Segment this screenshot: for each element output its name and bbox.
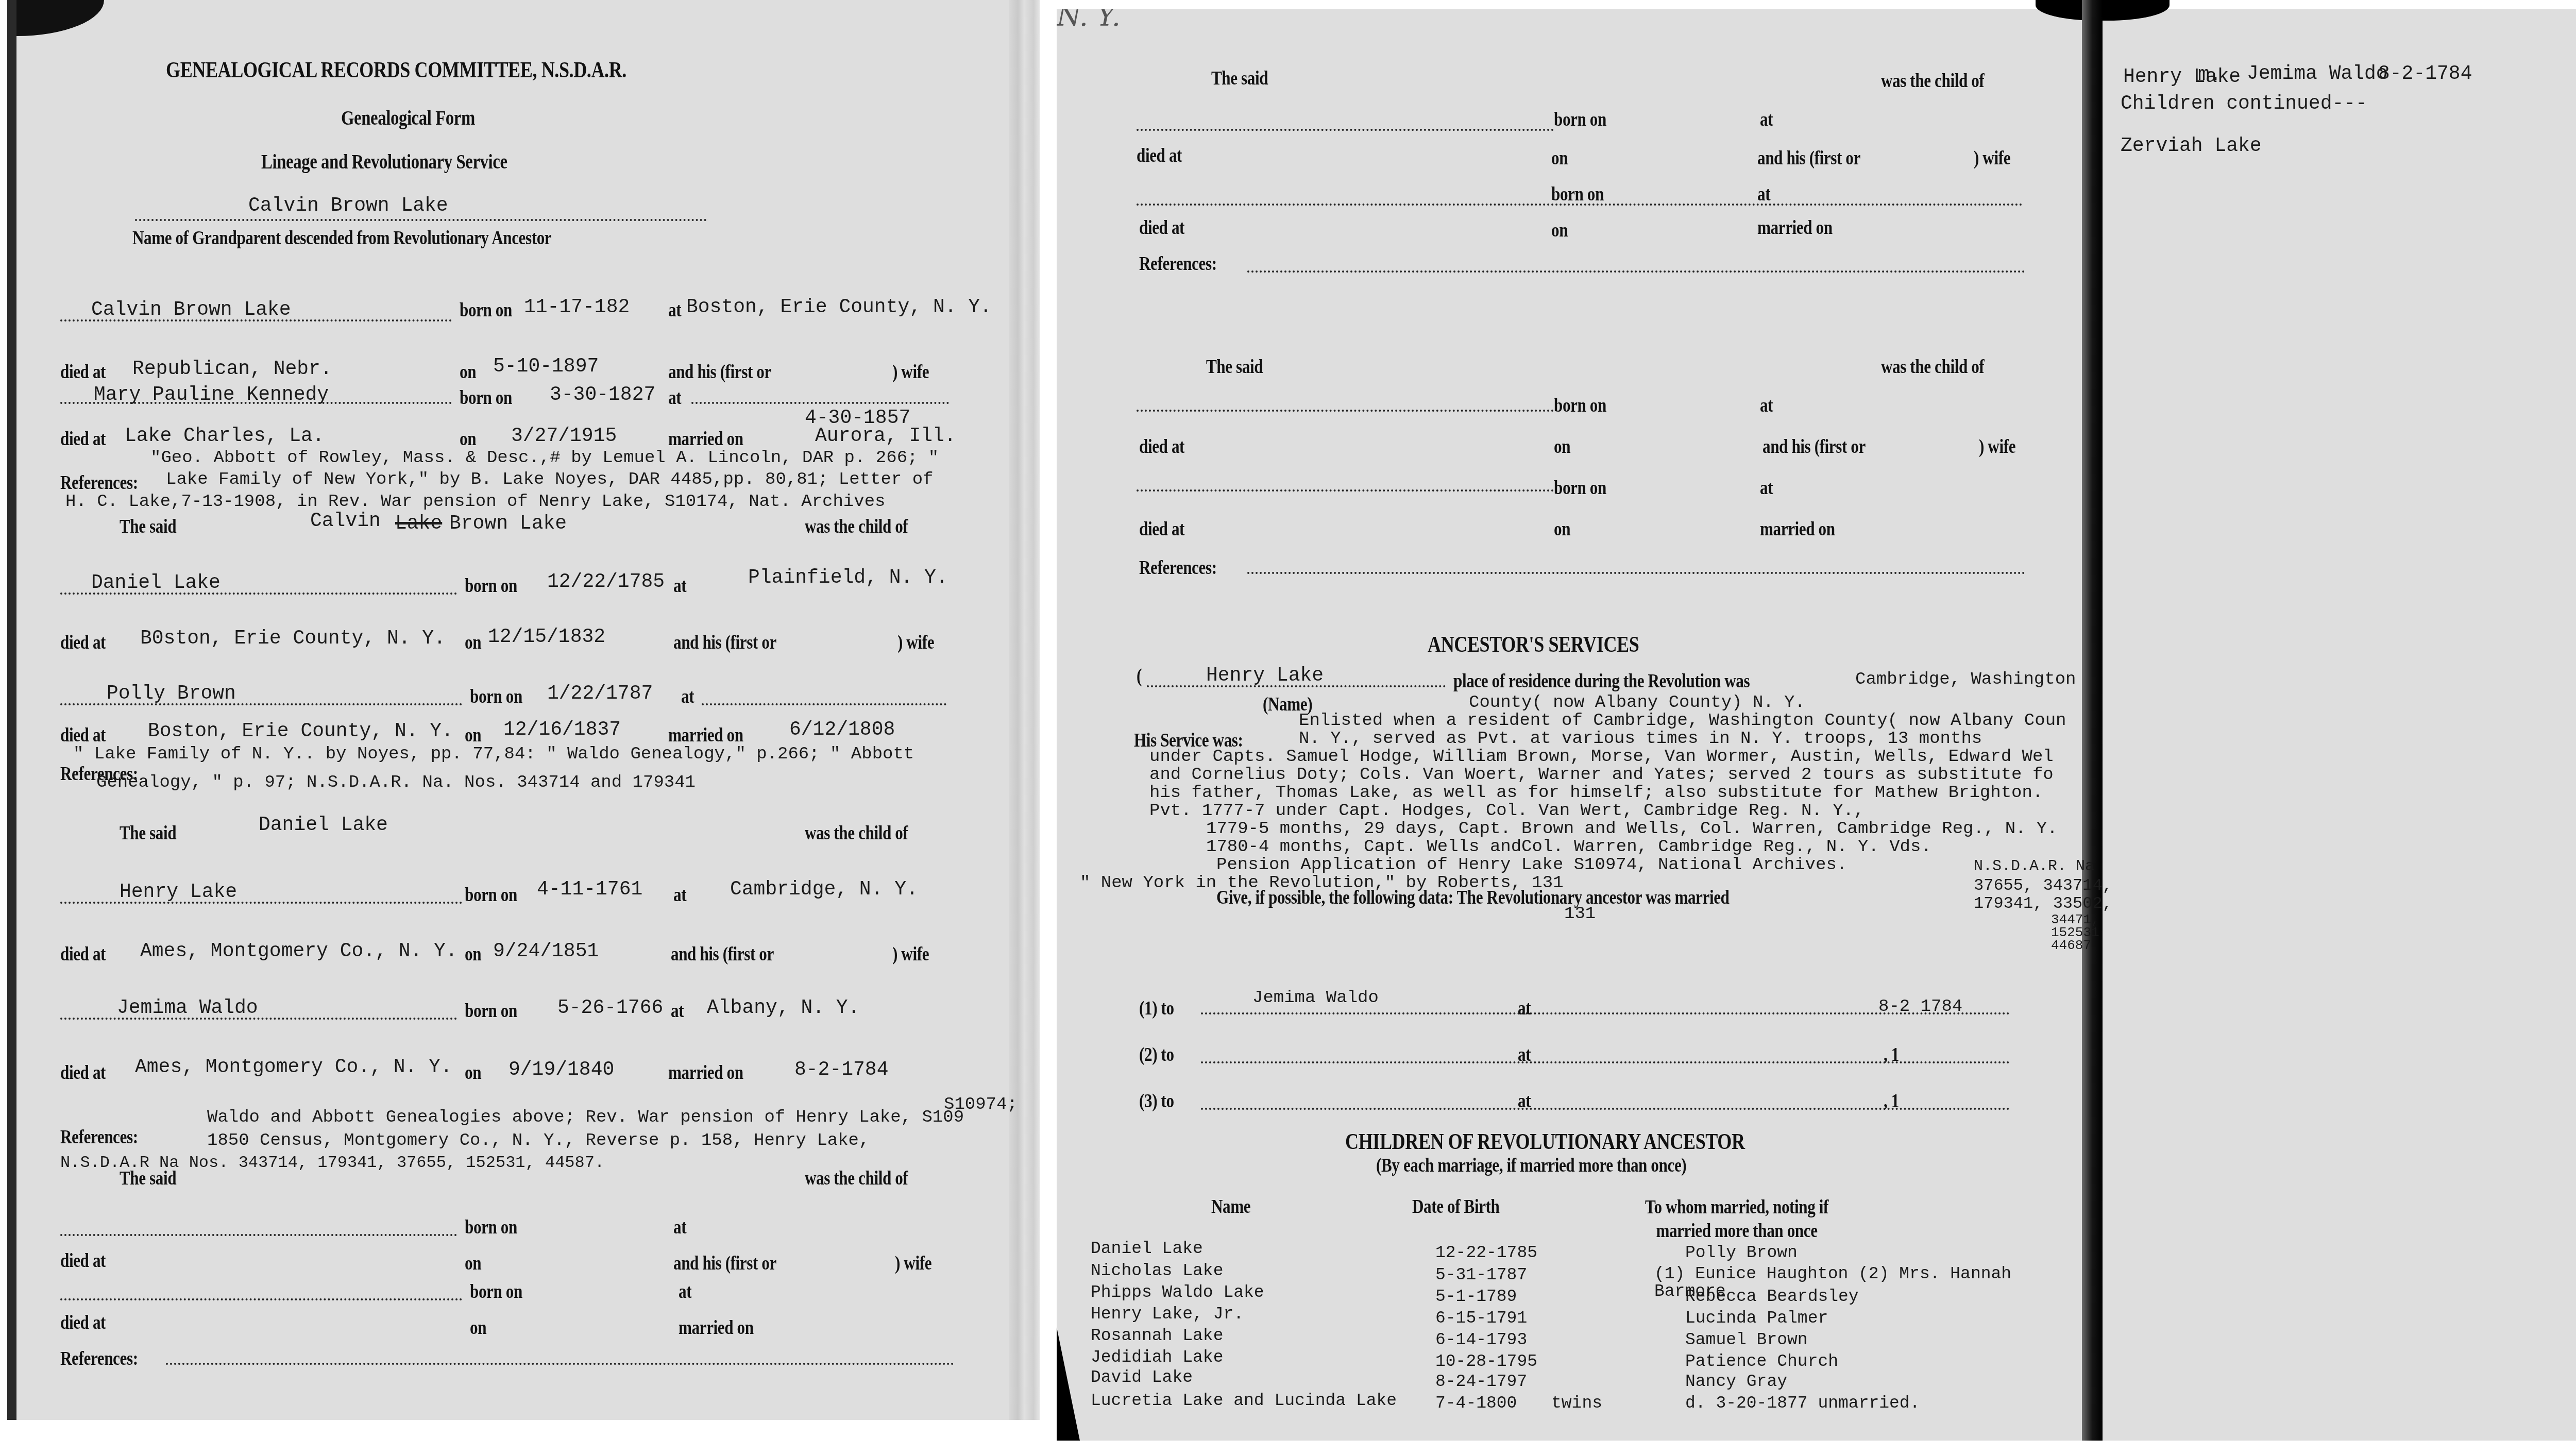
mother-name: Polly Brown: [107, 683, 236, 705]
father-born-on: 12/22/1785: [547, 571, 665, 593]
marriage-at: at: [1518, 1090, 1531, 1112]
label-married-on: married on: [1760, 518, 1835, 540]
grandparent-label: Name of Grandparent descended from Revol…: [132, 227, 551, 249]
label-references: References:: [60, 1347, 138, 1370]
child-dob: 6-14-1793: [1435, 1330, 1527, 1349]
child-dob: 5-31-1787: [1435, 1265, 1527, 1284]
references-line: Genealogy, " p. 97; N.S.D.A.R. Na. Nos. …: [96, 773, 696, 792]
said-name-struck: Lake: [395, 513, 442, 535]
child-name: Henry Lake, Jr.: [1091, 1305, 1244, 1324]
wife-died-at: Lake Charles, La.: [125, 425, 325, 447]
service-line: 1780-4 months, Capt. Wells andCol. Warre…: [1206, 837, 1931, 857]
references-line: "Geo. Abbott of Rowley, Mass. & Desc.,# …: [150, 448, 939, 468]
references-line: Waldo and Abbott Genealogies above; Rev.…: [207, 1108, 964, 1127]
references-line: Lake Family of New York," by B. Lake Noy…: [166, 470, 933, 489]
service-line: and Cornelius Doty; Cols. Van Woert, War…: [1149, 765, 2054, 785]
child-name: Rosannah Lake: [1091, 1326, 1223, 1345]
label-married-on: married on: [668, 724, 743, 747]
label-died-at: died at: [60, 631, 106, 654]
dotted-line: [60, 402, 452, 404]
marriage-spouse: Jemima Waldo: [1252, 988, 1379, 1008]
wife-name: Jemima Waldo: [2247, 63, 2388, 85]
person-died-on: 5-10-1897: [493, 356, 599, 378]
person-died-at: Republican, Nebr.: [132, 358, 332, 380]
child-name: David Lake: [1091, 1368, 1193, 1387]
father-name: Daniel Lake: [91, 572, 221, 594]
child-spouse: Nancy Gray: [1685, 1372, 1787, 1391]
label-born-on: born on: [1554, 477, 1606, 499]
child-name: Zerviah Lake: [2121, 135, 2262, 157]
father-name: Henry Lake: [120, 881, 237, 903]
residence-value: Cambridge, Washington: [1855, 670, 2076, 689]
marriage-num: (2) to: [1139, 1043, 1174, 1066]
child-name: Nicholas Lake: [1091, 1261, 1223, 1280]
label-died-at: died at: [1137, 144, 1182, 167]
label-died-at: died at: [60, 1311, 106, 1334]
married-on: 8-2-1784: [794, 1059, 888, 1081]
child-name: Jedidiah Lake: [1091, 1348, 1223, 1367]
father-died-at: B0ston, Erie County, N. Y.: [140, 628, 446, 650]
dotted-line: [60, 319, 452, 322]
label-died-at: died at: [60, 428, 106, 450]
marriage-date: 8-2-1784: [2378, 63, 2472, 85]
label-married-on: married on: [1757, 216, 1833, 239]
dotted-line: [60, 902, 462, 904]
label-at: at: [1760, 477, 1773, 499]
label-born-on: born on: [460, 386, 512, 409]
label-died-at: died at: [1139, 518, 1184, 540]
label-died-at: died at: [60, 724, 106, 747]
label-born-on: born on: [465, 1000, 517, 1022]
label-born-on: born on: [460, 299, 512, 322]
label-born-on: born on: [470, 685, 522, 708]
married-on: Aurora, Ill.: [815, 425, 956, 447]
label-and-his: and his (first or: [1762, 435, 1866, 458]
residence-cont: County( now Albany County) N. Y.: [1469, 693, 1805, 713]
label-died-at: died at: [1139, 435, 1184, 458]
label-wife: ) wife: [892, 361, 929, 383]
said-name-first: Calvin: [310, 510, 381, 532]
dotted-line: [60, 1234, 457, 1236]
mother-name: Jemima Waldo: [117, 997, 258, 1019]
dotted-line: [60, 703, 462, 705]
label-married-on: married on: [668, 1061, 743, 1084]
label-at: at: [1760, 394, 1773, 417]
dotted-line: [1137, 489, 1554, 492]
mother-born-at: Albany, N. Y.: [707, 997, 859, 1019]
references-line: H. C. Lake,7-13-1908, in Rev. War pensio…: [65, 492, 885, 512]
dotted-line: [1137, 410, 1554, 412]
grandparent-name: Calvin Brown Lake: [248, 195, 448, 217]
label-the-said: The said: [1206, 356, 1263, 378]
service-line: 1779-5 months, 29 days, Capt. Brown and …: [1206, 819, 2058, 839]
label-on: on: [465, 631, 481, 654]
marriage-date: , 1: [1884, 1090, 1899, 1112]
child-dob: 12-22-1785: [1435, 1243, 1537, 1262]
children-subheading: (By each marriage, if married more than …: [1376, 1154, 1686, 1177]
child-note: twins: [1551, 1394, 1602, 1413]
label-the-said: The said: [120, 515, 176, 538]
label-on: on: [1551, 219, 1568, 242]
mother-died-on: 12/16/1837: [503, 719, 621, 741]
husband-name: Henry Lake: [2123, 66, 2241, 88]
label-the-said: The said: [120, 822, 176, 844]
service-line: under Capts. Samuel Hodge, William Brown…: [1149, 747, 2054, 767]
nsdar-number: 179341, 33502,: [1974, 894, 2112, 913]
label-on: on: [1554, 435, 1570, 458]
dotted-line: [1247, 270, 2025, 273]
label-at: at: [673, 574, 686, 597]
label-wife: ) wife: [1979, 435, 2015, 458]
mother-born-on: 1/22/1787: [547, 683, 653, 705]
dotted-line: [1137, 204, 2023, 206]
child-spouse: d. 3-20-1877 unmarried.: [1685, 1394, 1920, 1413]
child-spouse: Lucinda Palmer: [1685, 1309, 1828, 1328]
page-ref: 131: [1564, 904, 1596, 924]
label-born-on: born on: [1551, 183, 1604, 206]
mother-died-at: Ames, Montgomery Co., N. Y.: [135, 1056, 452, 1078]
father-died-on: 9/24/1851: [493, 940, 599, 962]
references-line: 1850 Census, Montgomery Co., N. Y., Reve…: [207, 1131, 869, 1151]
person-born-at: Boston, Erie County, N. Y.: [686, 296, 992, 318]
form-title: Genealogical Form: [341, 106, 475, 130]
father-died-on: 12/15/1832: [488, 626, 605, 648]
married-on: 6/12/1808: [789, 719, 895, 741]
child-spouse: Samuel Brown: [1685, 1330, 1808, 1349]
label-at: at: [668, 299, 681, 322]
label-was-child-of: was the child of: [805, 515, 908, 538]
children-heading: CHILDREN OF REVOLUTIONARY ANCESTOR: [1345, 1128, 1745, 1155]
label-references: References:: [1139, 556, 1217, 579]
label-died-at: died at: [60, 1061, 106, 1084]
label-died-at: died at: [1139, 216, 1184, 239]
label-and-his: and his (first or: [671, 943, 774, 966]
ancestor-name: Henry Lake: [1206, 665, 1324, 687]
open-paren: (: [1137, 665, 1142, 687]
person-born-on: 11-17-182: [524, 296, 630, 318]
service-line: Pvt. 1777-7 under Capt. Hodges, Col. Van…: [1149, 801, 1864, 821]
dotted-line: [1137, 129, 1554, 131]
child-spouse: Patience Church: [1685, 1352, 1838, 1371]
marriage-num: (3) to: [1139, 1090, 1174, 1112]
label-was-child-of: was the child of: [805, 822, 908, 844]
service-line: N. Y., served as Pvt. at various times i…: [1299, 729, 1982, 749]
page-edge: [1009, 0, 1040, 1420]
label-and-his: and his (first or: [668, 361, 771, 383]
child-dob: 5-1-1789: [1435, 1287, 1517, 1306]
label-was-child-of: was the child of: [1881, 70, 1984, 92]
marriage-at: at: [1518, 1043, 1531, 1066]
marriage-instruction: Give, if possible, the following data: T…: [1216, 886, 1730, 909]
father-born-on: 4-11-1761: [537, 878, 642, 901]
label-and-his: and his (first or: [673, 1252, 776, 1275]
dotted-line: [1147, 685, 1446, 687]
form-subtitle: Lineage and Revolutionary Service: [261, 149, 507, 174]
label-at: at: [673, 1216, 686, 1239]
label-on: on: [460, 361, 476, 383]
said-name: Daniel Lake: [259, 814, 388, 836]
wife-born-on: 3-30-1827: [550, 384, 655, 406]
said-name-rest: Brown Lake: [449, 513, 567, 535]
label-references: References:: [60, 1126, 138, 1148]
label-was-child-of: was the child of: [1881, 356, 1984, 378]
marriage-at: at: [1518, 997, 1531, 1020]
services-heading: ANCESTOR'S SERVICES: [1428, 631, 1639, 657]
col-header-dob: Date of Birth: [1412, 1195, 1499, 1218]
nsdar-label: N.S.D.A.R. Na: [1974, 858, 2094, 875]
child-dob: 10-28-1795: [1435, 1352, 1537, 1371]
father-born-at: Cambridge, N. Y.: [730, 878, 918, 901]
references-line: " Lake Family of N. Y.. by Noyes, pp. 77…: [73, 745, 914, 764]
child-name: Lucretia Lake and Lucinda Lake: [1091, 1391, 1397, 1410]
marriage-date: , 1: [1884, 1043, 1899, 1066]
label-at: at: [679, 1280, 691, 1303]
label-born-on: born on: [1554, 394, 1606, 417]
label-at: at: [681, 685, 694, 708]
dotted-line: [60, 1298, 462, 1300]
col-header-name: Name: [1211, 1195, 1250, 1218]
committee-title: GENEALOGICAL RECORDS COMMITTEE, N.S.D.A.…: [166, 57, 626, 83]
child-name: Phipps Waldo Lake: [1091, 1283, 1264, 1302]
label-on: on: [465, 1061, 481, 1084]
mother-died-at: Boston, Erie County, N. Y.: [148, 720, 453, 742]
label-on: on: [470, 1316, 486, 1339]
label-on: on: [460, 428, 476, 450]
label-and-his: and his (first or: [1757, 147, 1860, 170]
label-the-said: The said: [1211, 67, 1268, 90]
label-born-on: born on: [470, 1280, 522, 1303]
label-born-on: born on: [465, 574, 517, 597]
service-line: Pension Application of Henry Lake S10974…: [1216, 855, 1847, 875]
child-dob: 6-15-1791: [1435, 1309, 1527, 1328]
label-at: at: [673, 884, 686, 906]
label-on: on: [465, 943, 481, 966]
child-spouse: Rebecca Beardsley: [1685, 1287, 1859, 1306]
label-at: at: [1757, 183, 1770, 206]
label-at: at: [668, 386, 681, 409]
label-at: at: [1760, 108, 1773, 131]
dotted-line: [702, 703, 946, 705]
label-on: on: [1554, 518, 1570, 540]
label-the-said: The said: [120, 1167, 176, 1190]
label-wife: ) wife: [895, 1252, 931, 1275]
dotted-line: [1247, 572, 2025, 574]
label-born-on: born on: [1554, 108, 1606, 131]
label-on: on: [1551, 147, 1568, 170]
label-wife: ) wife: [1974, 147, 2010, 170]
label-died-at: died at: [60, 361, 106, 383]
person-name: Calvin Brown Lake: [91, 299, 291, 321]
father-died-at: Ames, Montgomery Co., N. Y.: [140, 940, 457, 962]
service-line: Enlisted when a resident of Cambridge, W…: [1299, 711, 2066, 731]
left-page-scan: GENEALOGICAL RECORDS COMMITTEE, N.S.D.A.…: [7, 0, 1040, 1420]
scan-top-margin: [1057, 0, 2576, 9]
mother-born-on: 5-26-1766: [557, 997, 663, 1019]
grandparent-line: [135, 219, 707, 221]
label-at: at: [671, 1000, 684, 1022]
label-born-on: born on: [465, 1216, 517, 1239]
label-died-at: died at: [60, 943, 106, 966]
col-header-married: To whom married, noting if married more …: [1631, 1195, 1842, 1243]
scan-corner: [1057, 1327, 1080, 1441]
label-married-on: married on: [679, 1316, 754, 1339]
married-abbrev: m.: [2198, 64, 2222, 86]
child-spouse: Polly Brown: [1685, 1243, 1798, 1262]
label-on: on: [465, 724, 481, 747]
dotted-line: [60, 1018, 457, 1020]
label-and-his: and his (first or: [673, 631, 776, 654]
label-wife: ) wife: [892, 943, 929, 966]
child-dob: 8-24-1797: [1435, 1372, 1527, 1391]
service-line: his father, Thomas Lake, as well as for …: [1149, 783, 2043, 803]
wife-died-on: 3/27/1915: [511, 425, 617, 447]
marriage-date: 8-2 1784: [1878, 997, 1962, 1017]
child-name: Daniel Lake: [1091, 1239, 1203, 1258]
book-spine: [2082, 0, 2103, 1441]
nsdar-number: 37655, 343714,: [1974, 876, 2112, 895]
right-spread-scan: The said was the child of born on at die…: [1057, 0, 2576, 1441]
label-references: References:: [1139, 252, 1217, 275]
residence-label: place of residence during the Revolution…: [1453, 670, 1750, 692]
label-born-on: born on: [465, 884, 517, 906]
dotted-line: [166, 1363, 954, 1365]
child-dob: 7-4-1800: [1435, 1394, 1517, 1413]
label-wife: ) wife: [897, 631, 934, 654]
label-was-child-of: was the child of: [805, 1167, 908, 1190]
label-married-on: married on: [668, 428, 743, 450]
label-died-at: died at: [60, 1249, 106, 1272]
children-continued-label: Children continued---: [2121, 93, 2367, 115]
mother-died-on: 9/19/1840: [509, 1059, 614, 1081]
nsdar-number: 44687: [2051, 938, 2091, 953]
marriage-num: (1) to: [1139, 997, 1174, 1020]
label-references: References:: [60, 471, 138, 494]
dotted-line: [60, 593, 457, 595]
dotted-line: [691, 402, 949, 404]
label-on: on: [465, 1252, 481, 1275]
father-born-at: Plainfield, N. Y.: [748, 567, 948, 589]
